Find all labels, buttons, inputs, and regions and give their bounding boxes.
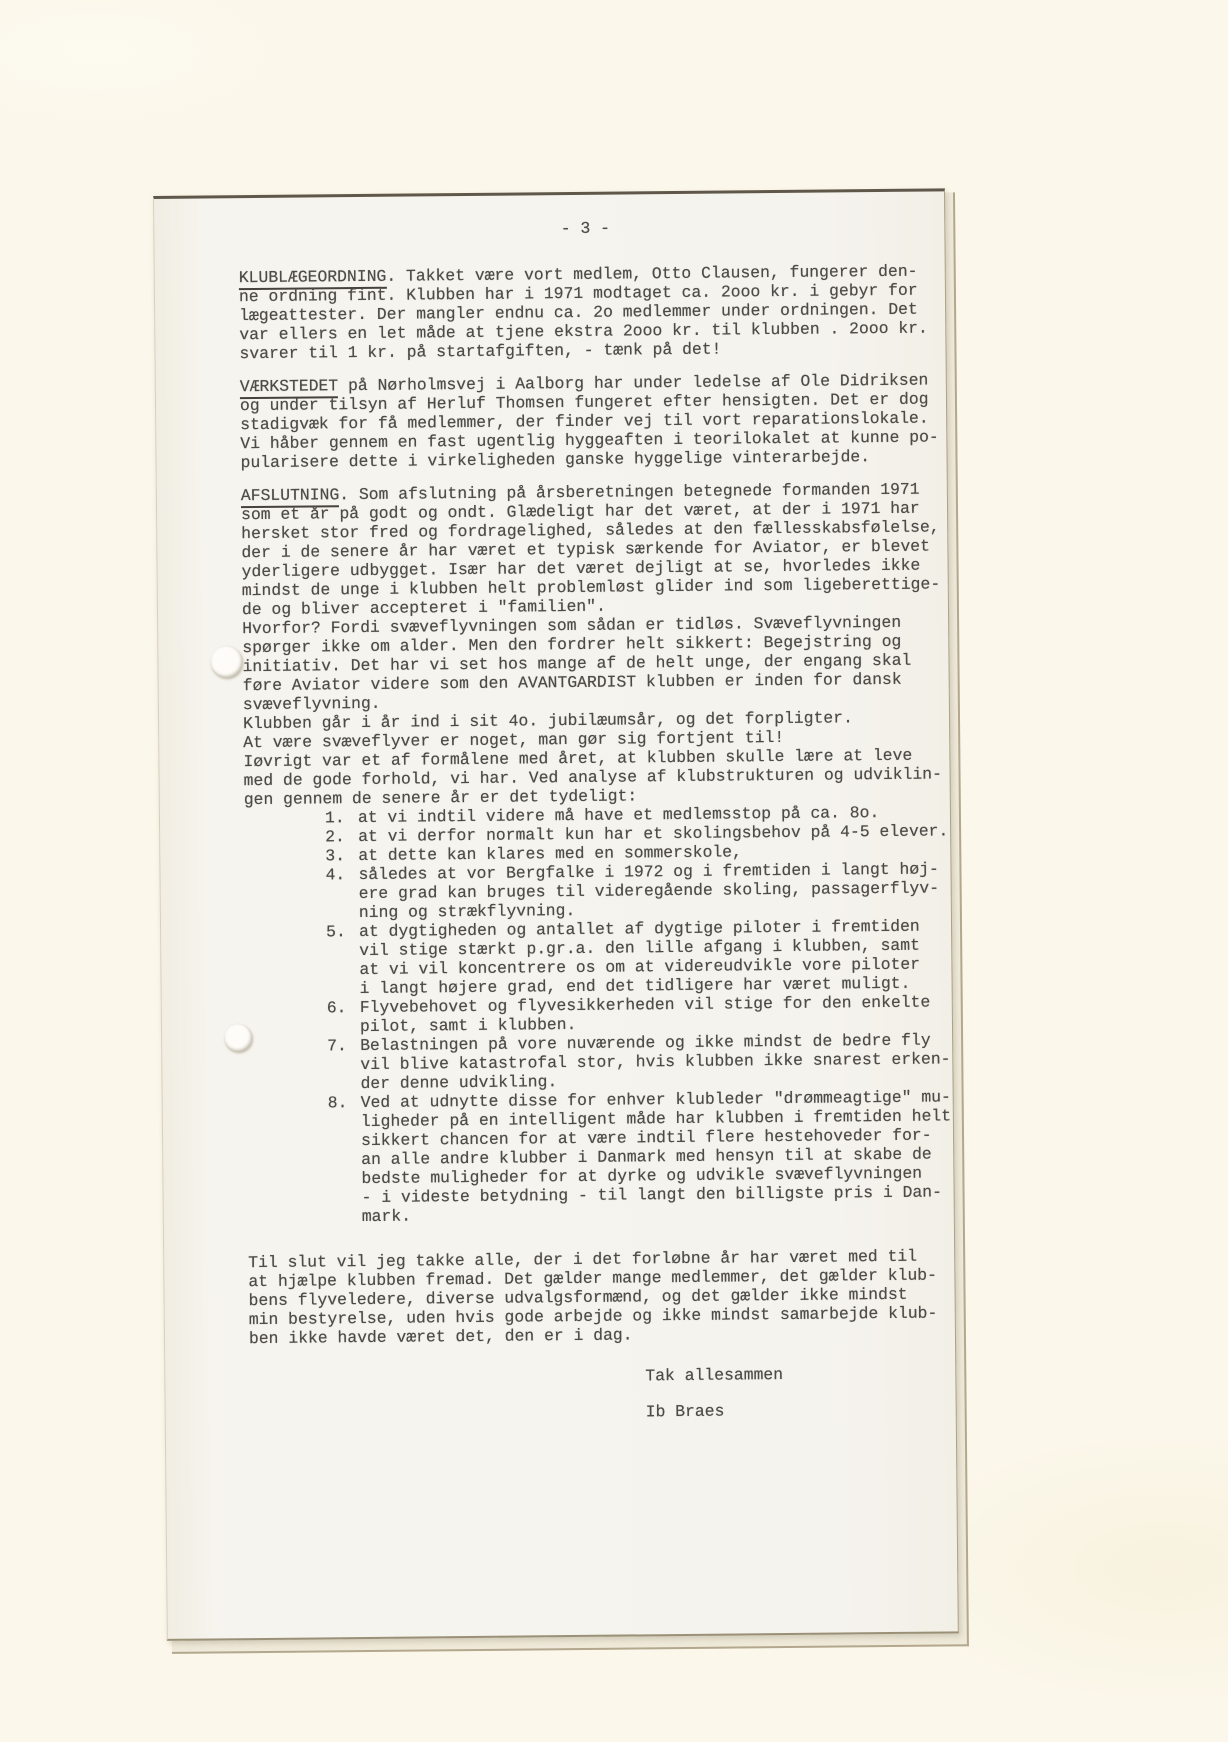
- list-item-number: 6.: [327, 998, 360, 1036]
- signature-name: Ib Braes: [646, 1399, 950, 1421]
- list-item: 5. at dygtigheden og antallet af dygtige…: [245, 916, 946, 999]
- closing-paragraph: Til slut vil jeg takke alle, der i det f…: [248, 1246, 949, 1348]
- page-number: - 3 -: [238, 216, 932, 242]
- list-item-number: 7.: [327, 1036, 361, 1093]
- list-item-number: 3.: [325, 846, 358, 865]
- list-item-number: 4.: [325, 865, 359, 922]
- list-item: 7. Belastningen på vore nuværende og ikk…: [246, 1030, 947, 1094]
- signature-thanks: Tak allesammen: [645, 1363, 949, 1385]
- list-item-number: 8.: [328, 1093, 362, 1226]
- document-page: - 3 - KLUBLÆGEORDNING. Takket være vort …: [153, 188, 959, 1641]
- list-item-number: 5.: [326, 922, 360, 998]
- section-vaerkstedet: VÆRKSTEDET på Nørholmsvej i Aalborg har …: [240, 370, 941, 472]
- typewritten-content: - 3 - KLUBLÆGEORDNING. Takket være vort …: [238, 215, 950, 1425]
- list-item-number: 1.: [325, 808, 358, 827]
- scan-background: - 3 - KLUBLÆGEORDNING. Takket være vort …: [0, 0, 1228, 1742]
- hole-punch-top: [210, 646, 242, 678]
- numbered-list: 1. at vi indtil videre må have et medlem…: [244, 802, 948, 1227]
- list-item-number: 2.: [325, 827, 358, 846]
- list-item: 8. Ved at udnytte disse for enhver klubl…: [247, 1087, 948, 1227]
- list-item: 4. således at vor Bergfalke i 1972 og i …: [244, 859, 945, 923]
- section-klublaegeordning: KLUBLÆGEORDNING. Takket være vort medlem…: [239, 261, 940, 363]
- section-afslutning: AFSLUTNING. Som afslutning på årsberetni…: [241, 479, 944, 809]
